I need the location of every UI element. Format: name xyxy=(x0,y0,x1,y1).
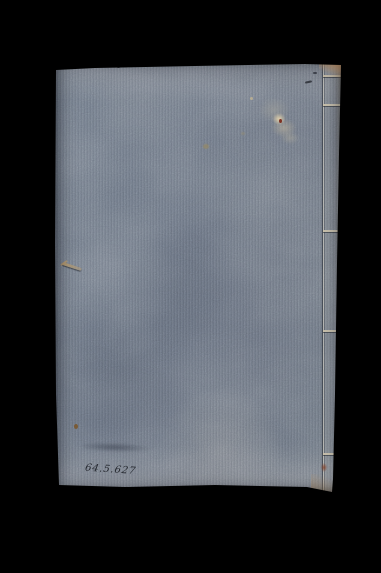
binding-fold-line xyxy=(322,64,325,492)
tan-speck xyxy=(250,97,253,100)
binding-stitch-2 xyxy=(323,230,342,232)
corner-wear-top-right xyxy=(319,64,342,80)
book-back-cover: 64.5.627 xyxy=(55,64,342,492)
binding-stitch-3 xyxy=(323,330,342,332)
olive-speck xyxy=(203,144,209,149)
spine-stain-mark xyxy=(320,462,328,473)
brown-speck xyxy=(74,424,78,429)
photograph-background: 64.5.627 xyxy=(0,0,381,573)
edge-crease-mark xyxy=(60,260,84,274)
dark-speck-edge xyxy=(117,66,120,68)
dark-speck-top-2 xyxy=(313,72,317,74)
binding-strip xyxy=(324,64,342,492)
abrasion-red-fleck xyxy=(279,119,282,123)
binding-stitch-4 xyxy=(323,453,342,455)
faint-speck xyxy=(241,132,245,135)
binding-stitch-1 xyxy=(323,104,342,106)
corner-wear-bottom-right xyxy=(311,474,342,492)
